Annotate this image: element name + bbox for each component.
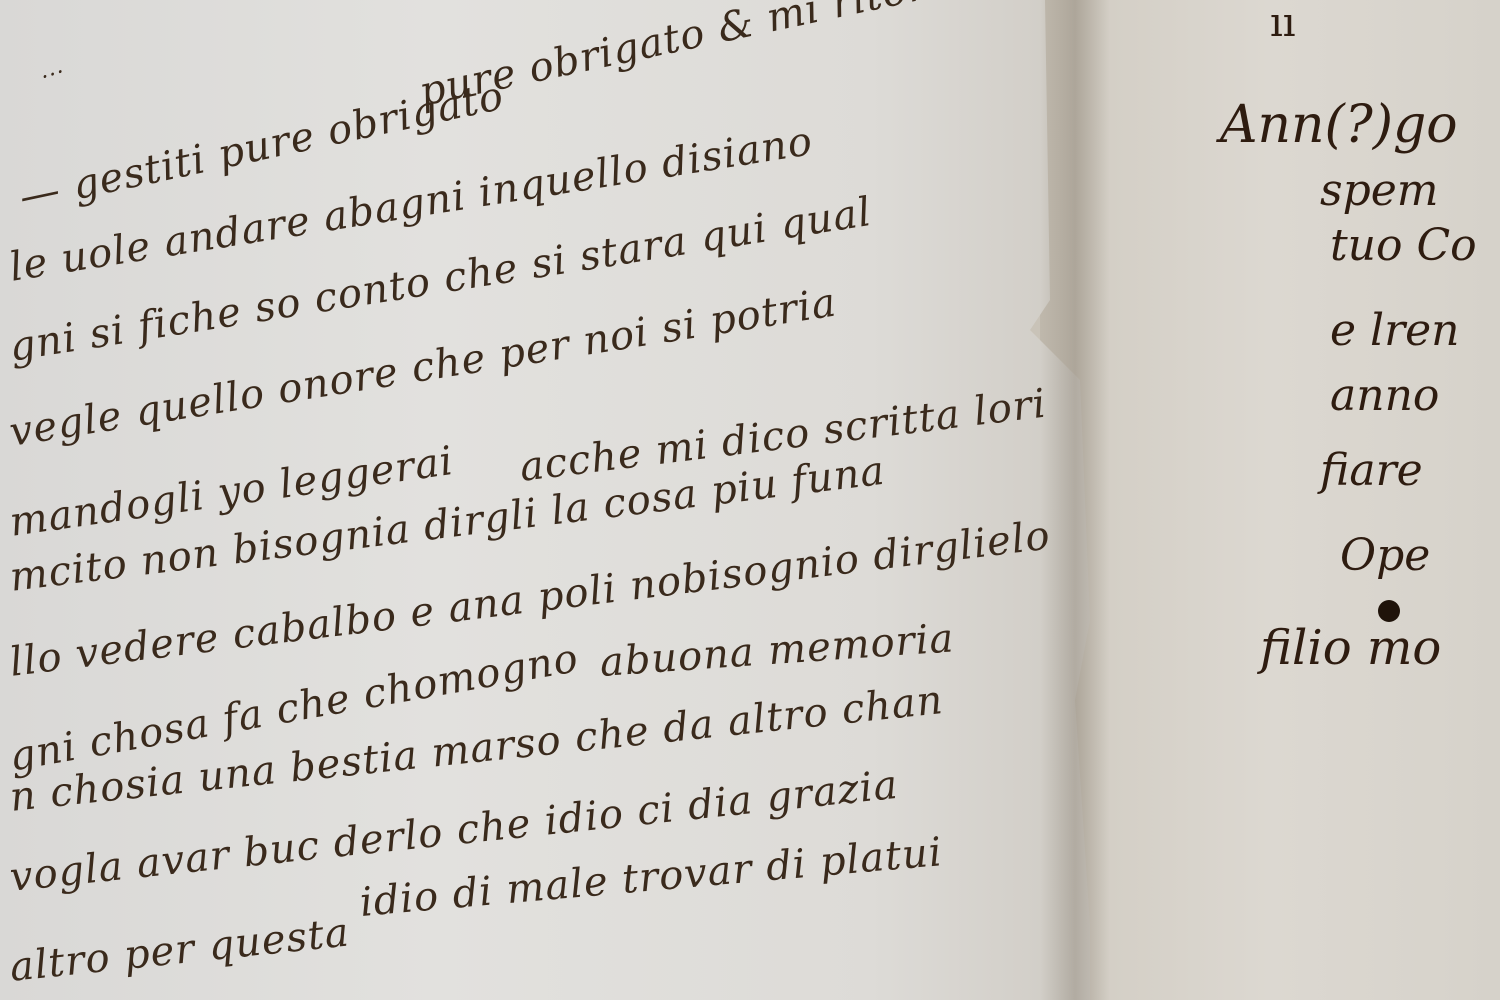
top-marks: ıı: [1270, 0, 1296, 46]
right-line: Ope: [1340, 530, 1430, 581]
page-fold: [1040, 0, 1110, 1000]
right-line: Ann(?)go: [1220, 95, 1458, 155]
right-line: e lren: [1330, 305, 1460, 356]
right-line: spem: [1320, 165, 1439, 216]
right-line: filio mo: [1260, 620, 1441, 676]
right-line: anno: [1330, 370, 1439, 421]
right-line: tuo Co: [1330, 220, 1477, 271]
ink-blot: [1378, 600, 1400, 622]
right-line: fiare: [1320, 445, 1423, 496]
